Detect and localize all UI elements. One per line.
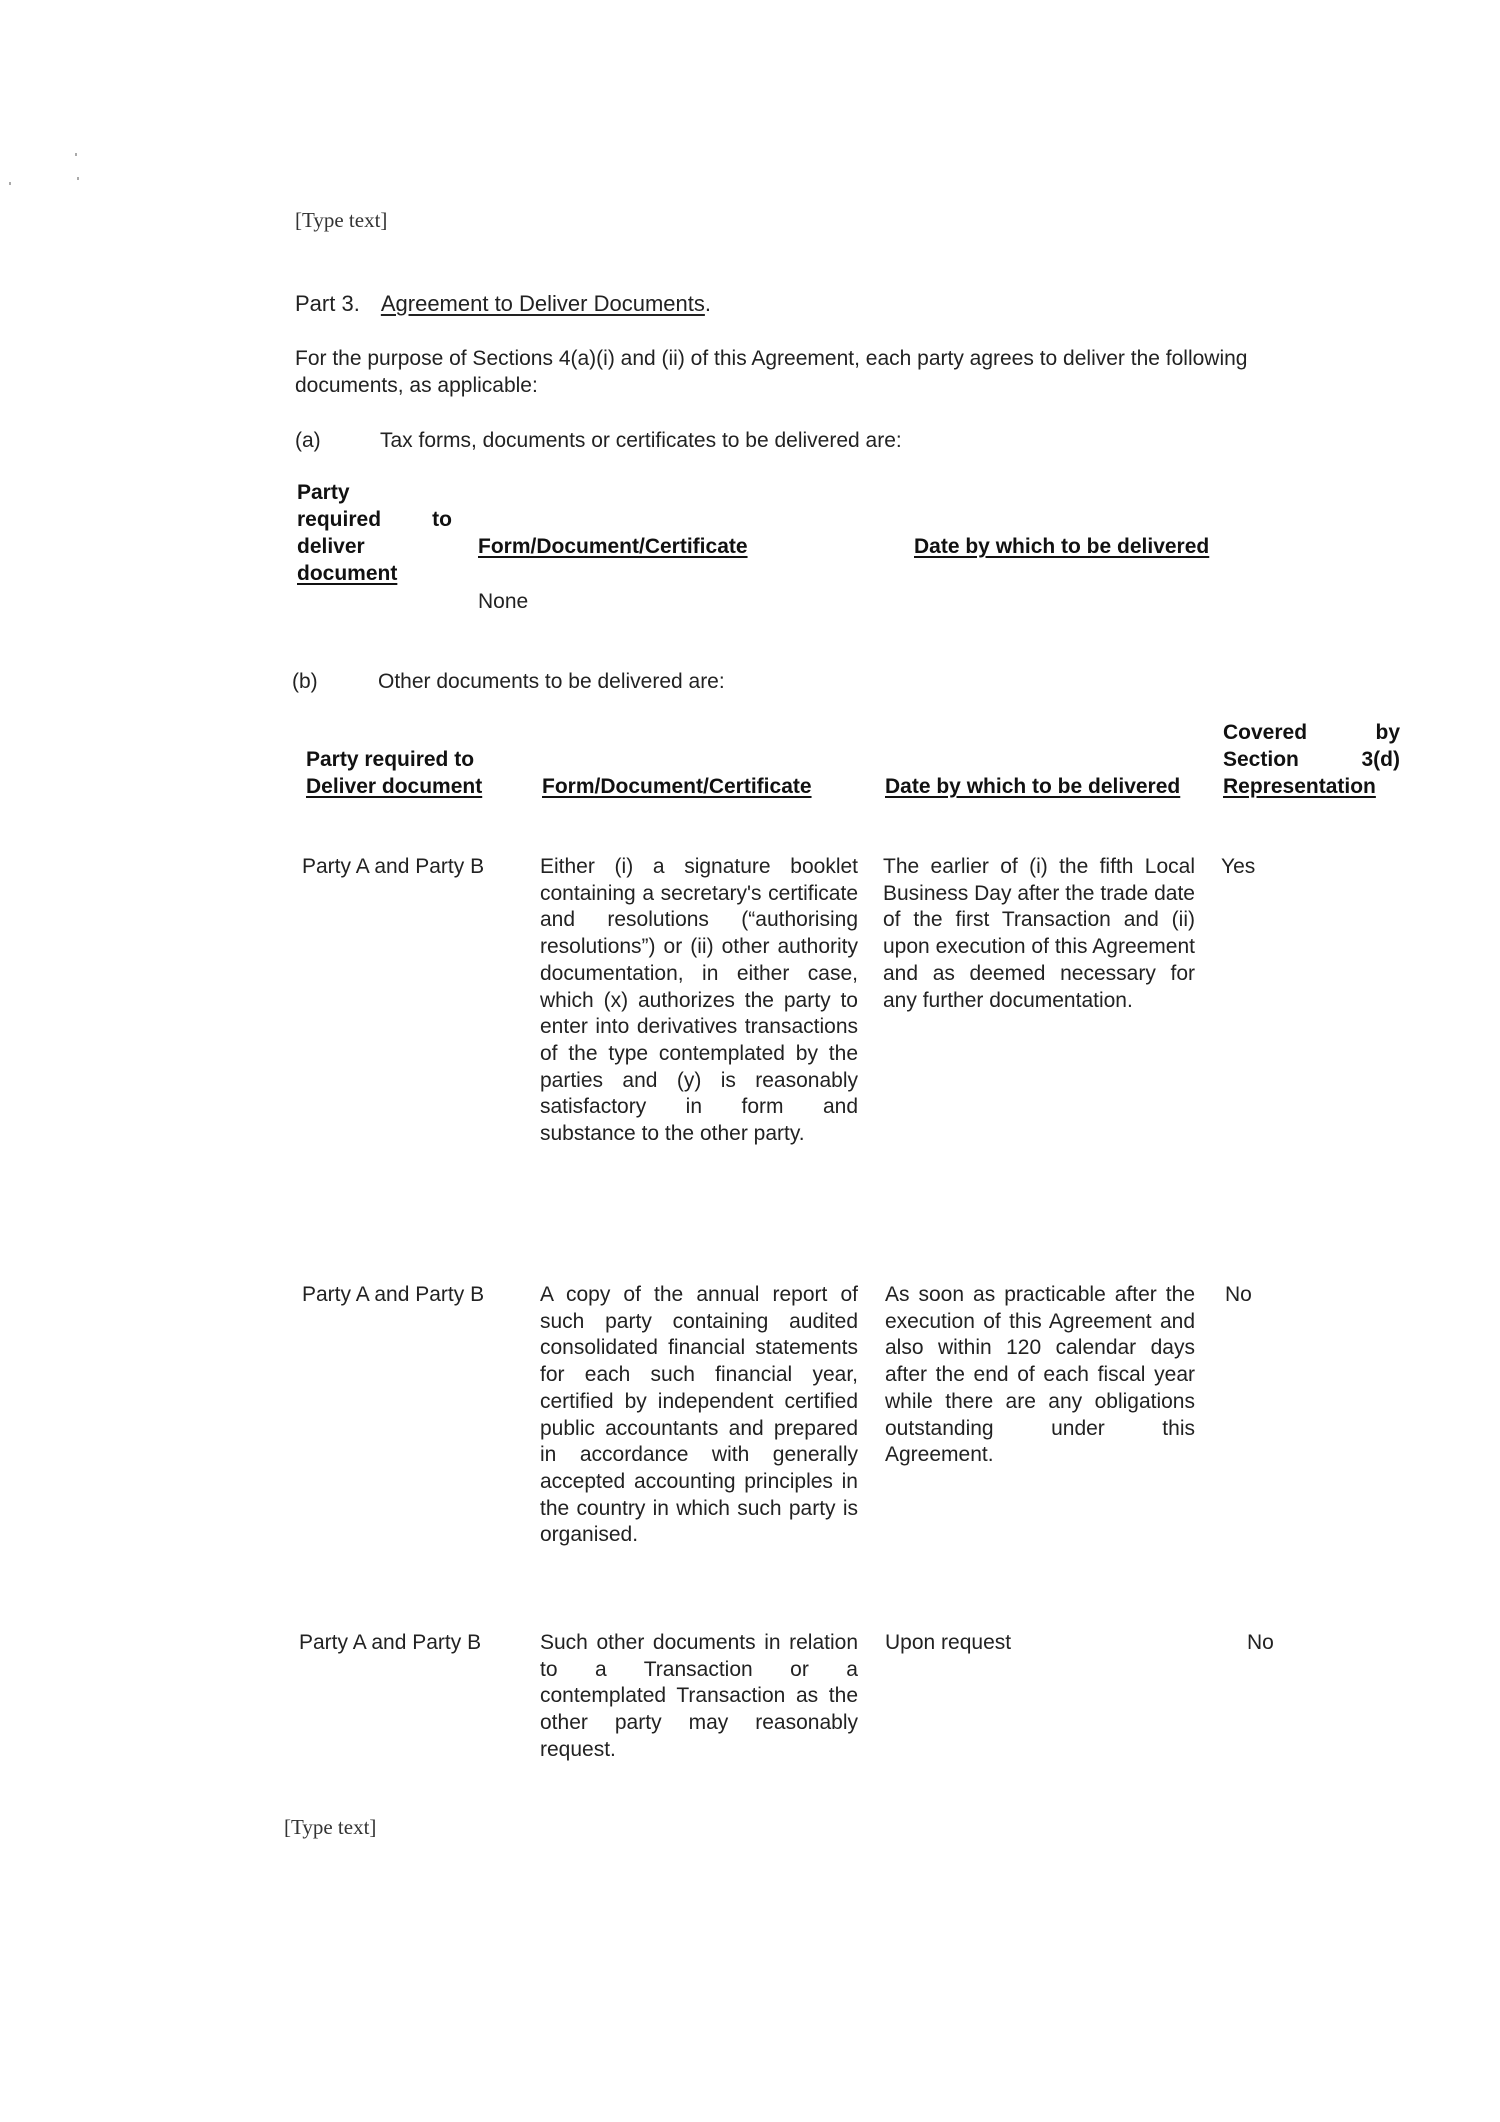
scan-speck [9, 182, 11, 185]
section-b-header-date: Date by which to be delivered [885, 773, 1195, 800]
section-a-row-form: None [478, 589, 528, 616]
section-a-text: Tax forms, documents or certificates to … [380, 427, 902, 454]
section-b-header-form: Form/Document/Certificate [542, 773, 812, 800]
table-row-3-party: Party A and Party B [299, 1630, 481, 1657]
party-header-line: document [297, 560, 452, 587]
party-header-line: required to [297, 506, 452, 533]
part-title: Agreement to Deliver Documents [381, 291, 705, 316]
table-row-3-form: Such other documents in relation to a Tr… [540, 1630, 858, 1764]
table-row-2-covered: No [1225, 1282, 1252, 1309]
party-header-line: deliver [297, 533, 452, 560]
covered-header-line: Section 3(d) [1223, 746, 1400, 773]
section-b-text: Other documents to be delivered are: [378, 668, 725, 695]
party-header-line: Party required to [306, 746, 482, 773]
table-row-1-date: The earlier of (i) the fifth Local Busin… [883, 854, 1195, 1014]
party-header-line: Deliver document [306, 773, 482, 800]
section-a-label: (a) [295, 427, 321, 454]
covered-header-line: Covered by [1223, 719, 1400, 746]
part-title-suffix: . [705, 291, 711, 316]
section-a-header-date: Date by which to be delivered [914, 533, 1209, 560]
table-row-1-covered: Yes [1221, 854, 1255, 881]
intro-paragraph: For the purpose of Sections 4(a)(i) and … [295, 345, 1355, 399]
covered-header-line: Representation [1223, 773, 1400, 800]
table-row-1-form: Either (i) a signature booklet containin… [540, 854, 858, 1148]
section-b-header-party: Party required to Deliver document [306, 746, 482, 800]
table-row-3-date: Upon request [885, 1630, 1011, 1657]
part-number: Part 3. [295, 291, 360, 316]
section-a-header-form: Form/Document/Certificate [478, 533, 748, 560]
part-heading: Part 3. Agreement to Deliver Documents. [295, 290, 711, 317]
section-b-header-covered: Covered by Section 3(d) Representation [1223, 719, 1400, 800]
table-row-2-form: A copy of the annual report of such part… [540, 1282, 858, 1549]
header-placeholder: [Type text] [295, 208, 387, 233]
table-row-2-date: As soon as practicable after the executi… [885, 1282, 1195, 1469]
scan-speck [75, 153, 77, 156]
table-row-1-party: Party A and Party B [302, 854, 484, 881]
footer-placeholder: [Type text] [284, 1815, 376, 1840]
table-row-3-covered: No [1247, 1630, 1274, 1657]
scan-speck [77, 177, 79, 180]
section-a-header-party: Party required to deliver document [297, 479, 452, 587]
section-b-label: (b) [292, 668, 318, 695]
party-header-line: Party [297, 479, 452, 506]
table-row-2-party: Party A and Party B [302, 1282, 484, 1309]
